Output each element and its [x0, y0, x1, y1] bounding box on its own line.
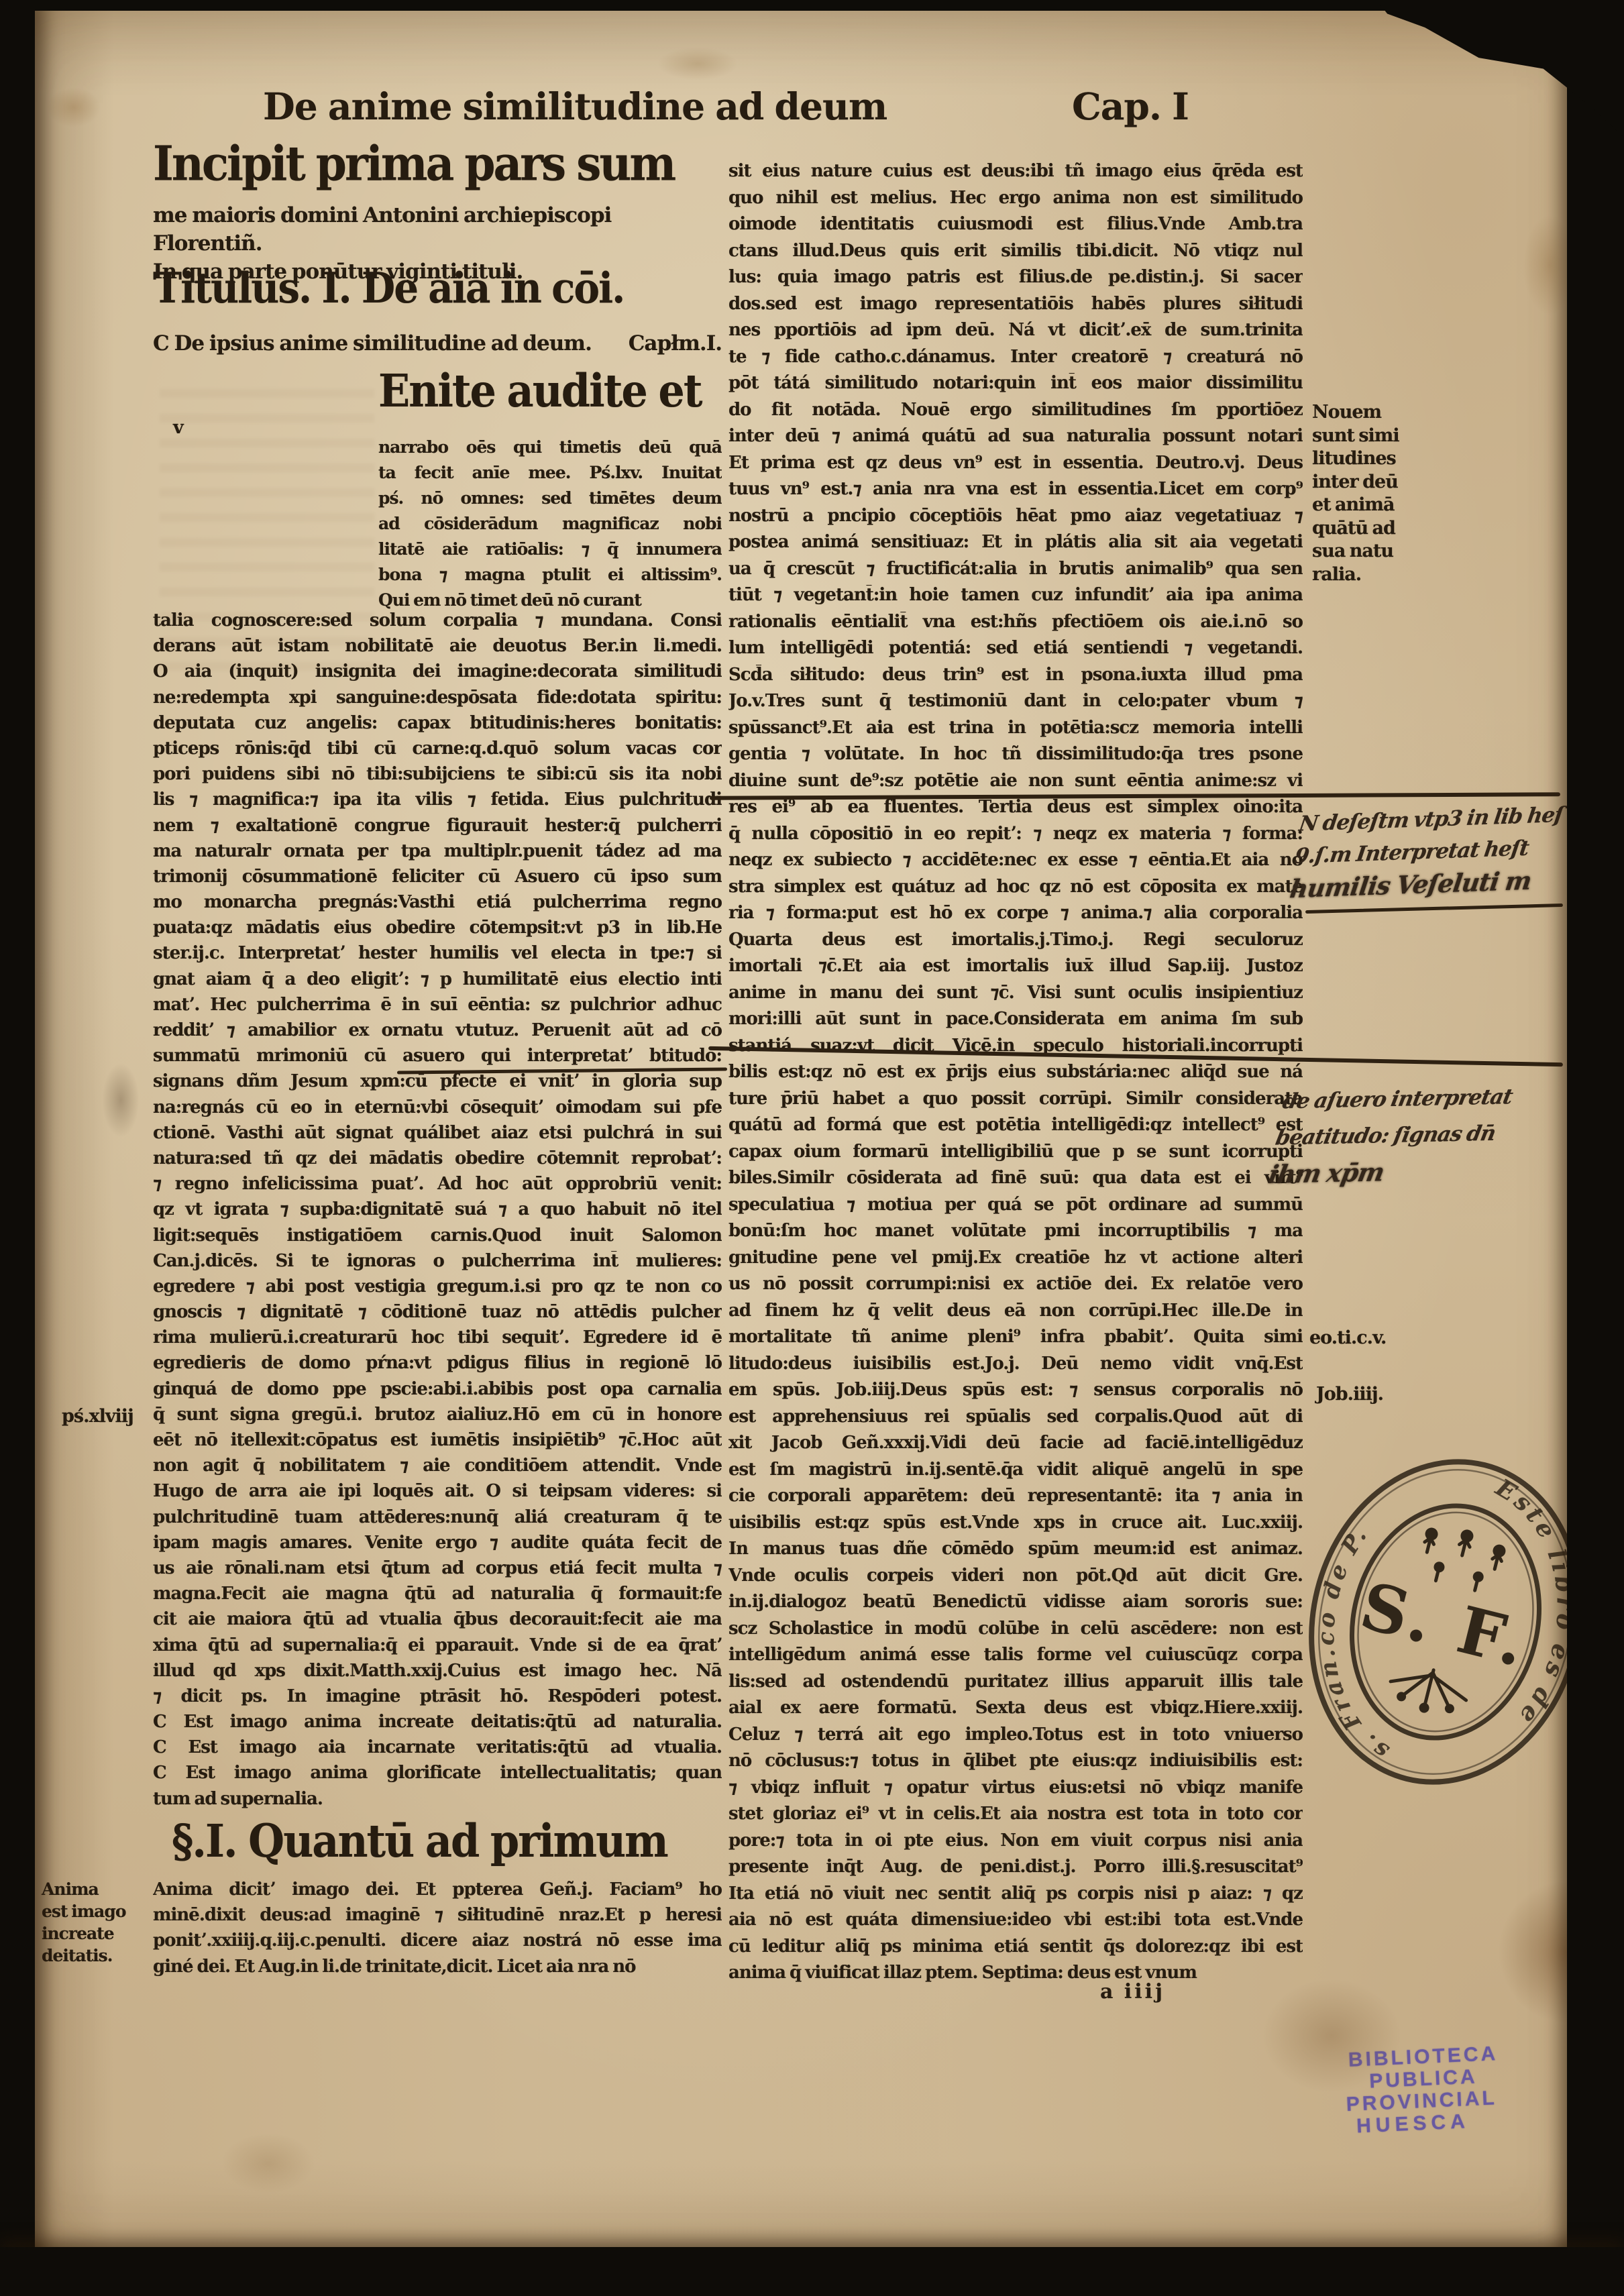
text-line: talia cognoscere:sed solum corpalia ⁊ mu…	[153, 610, 722, 636]
text-line: presente inq̄t Aug. de peni.dist.j. Porr…	[728, 1857, 1303, 1883]
text-line: ad finem hz q̄ velit deus eā non corrūpi…	[728, 1301, 1303, 1327]
text-line: ⁊ regno infelicissima puatʼ. Ad hoc aūt …	[153, 1174, 722, 1199]
text-line: rationalis eēntialit̄ vna est:hñs pfecti…	[728, 612, 1303, 639]
text-line: pś. nō omnes: sed timētes deum	[378, 488, 722, 514]
manuscript-underline-note	[1305, 904, 1563, 914]
text-line: narrabo oēs qui timetis deū quā	[378, 437, 722, 463]
text-line: pori puidens sibi nō tibi:subijciens te …	[153, 764, 722, 789]
scan-edge-left	[0, 0, 35, 2296]
titulus-heading: Titulus. I. De aia in cōi.	[153, 267, 723, 309]
text-line: ⁊ dicit ps. In imagine ptrāsit hō. Respō…	[153, 1686, 722, 1712]
scan-edge-right	[1567, 0, 1624, 2296]
running-header-chapter: Cap. I	[1072, 85, 1189, 128]
quire-signature: a iiij	[1100, 1980, 1165, 2004]
text-line: C Est imago anima increate deitatis:q̄tū…	[153, 1712, 722, 1737]
text-line: pticeps rōnis:q̄d tibi cū carne:q.d.quō …	[153, 739, 722, 764]
stamp-monogram: S. F.	[1354, 1568, 1537, 1682]
text-line: ma naturalr ornata per tpa multiplr.puen…	[153, 841, 722, 867]
text-line: ria ⁊ forma:put est hō ex corpe ⁊ anima.…	[728, 903, 1303, 930]
margin-note-line: deitatis.	[42, 1945, 126, 1967]
text-line: intelligēdum animá esse talis forme vel …	[728, 1645, 1303, 1672]
text-line: signans dñm Jesum xpm:cū pfecte ei vnitʼ…	[153, 1071, 722, 1097]
handwritten-note-lower: de aſuero interpretatbeatitudo: ſignas d…	[1266, 1079, 1516, 1193]
text-line: quátū ad formá que est potētia intelligē…	[728, 1115, 1303, 1142]
text-line: mo monarcha pregnás:Vasthi etiá pulcherr…	[153, 892, 722, 918]
text-line: pulchritudinē tuam attēderes:nunq̄ aliá …	[153, 1507, 722, 1533]
text-line: est apprehensiuus rei spūalis sed corpal…	[728, 1407, 1303, 1433]
text-line: lus: quia imago patris est filius.de pe.…	[728, 267, 1303, 294]
text-line: egredere ⁊ abi post vestigia gregum.i.si…	[153, 1276, 722, 1302]
margin-note-line: est imago	[42, 1900, 126, 1922]
margin-note-line: Nouem	[1312, 401, 1513, 425]
text-line: O aia (inquit) insignita dei imagine:dec…	[153, 661, 722, 687]
text-line: ad cōsiderādum magnificaz nobi	[378, 514, 722, 539]
text-line: anime in manu dei sunt ⁊c̄. Visi sunt oc…	[728, 983, 1303, 1009]
text-line: xit Jacob Geñ.xxxij.Vidi deū facie ad fa…	[728, 1433, 1303, 1460]
handwriting-line: beatitudo: ſignas dn̄	[1273, 1115, 1509, 1156]
margin-note-line: inter deū	[1312, 471, 1513, 494]
text-line: mori:illi aūt sunt in pace.Considerata e…	[728, 1009, 1303, 1036]
text-line: natura:sed tñ qz dei mādatis obedire cōt…	[153, 1148, 722, 1174]
text-line: Et prima est qz deus vn⁹ est in essentia…	[728, 453, 1303, 480]
text-line: non agit q̄ nobilitatem ⁊ aie conditiōem…	[153, 1456, 722, 1481]
text-line: matʼ. Hec pulcherrima ē in suī eēntia: s…	[153, 995, 722, 1020]
paper-stain	[1261, 1979, 1402, 2093]
margin-note-job: Job.iiij.	[1316, 1383, 1383, 1407]
text-line: anima q̄ viuificat illaz ptem. Septima: …	[728, 1963, 1303, 1989]
paper-stain	[221, 2133, 315, 2193]
text-line: eēt nō itellexit:cōpatus est iumētis ins…	[153, 1430, 722, 1456]
text-line: bona ⁊ magna ptulit ei altissim⁹.	[378, 565, 722, 590]
text-line: Anima dicitʼ imago dei. Et ppterea Geñ.j…	[153, 1879, 722, 1905]
text-line: egredieris de domo pŕna:vt pdigus filius…	[153, 1353, 722, 1378]
paper-stain	[47, 87, 101, 127]
text-line: ture p̄riū habet a quo possit corrūpi. S…	[728, 1089, 1303, 1115]
text-line: ua q̄ crescūt ⁊ fructificát:alia in brut…	[728, 559, 1303, 586]
opening-indented-block: narrabo oēs qui timetis deū quāta fecit …	[378, 437, 722, 616]
text-line: litudo:deus iuisibilis est.Jo.j. Deū nem…	[728, 1354, 1303, 1380]
text-line: lis ⁊ magnifica:⁊ ipa ita vilis ⁊ fetida…	[153, 789, 722, 815]
text-line: gnoscis ⁊ dignitatē ⁊ cōditionē tuaz nō …	[153, 1302, 722, 1327]
text-line: ponitʼ.xxiiij.q.iij.c.penulti. dicere ai…	[153, 1930, 722, 1956]
text-line: ster.ij.c. Interpretatʼ hester humilis v…	[153, 943, 722, 969]
margin-note-nouem: Nouemsunt similitudinesinter deūet animā…	[1312, 401, 1513, 586]
text-line: ligit:sequēs instigatiōem carnis.Quod in…	[153, 1225, 722, 1251]
left-column-section: Anima dicitʼ imago dei. Et ppterea Geñ.j…	[153, 1879, 722, 1982]
oval-ownership-stamp: Este libro es de s. Fran.co de P. S. F.	[1301, 1449, 1590, 1794]
text-line: est ſm magistrū in.ij.sentē.q̄a vidit al…	[728, 1460, 1303, 1486]
stamp-palm-ornament	[1386, 1661, 1472, 1720]
margin-note-line: sunt simi	[1312, 425, 1513, 448]
text-line: ipam magis amares. Venite ergo ⁊ audite …	[153, 1533, 722, 1558]
text-line: puata:qz mādatis eius obedire cōtempsit:…	[153, 918, 722, 943]
text-line: Quarta deus est imortalis.j.Timo.j. Regi…	[728, 930, 1303, 956]
text-line: tiūt ⁊ vegetant̄:in hoie tamen cuz infun…	[728, 585, 1303, 612]
margin-note-line: litudines	[1312, 447, 1513, 471]
margin-note-line: ralia.	[1312, 563, 1513, 587]
margin-note-psalm: pś.xlviij	[62, 1405, 133, 1429]
text-line: Scd̄a siłitudo: deus trin⁹ est in psona.…	[728, 665, 1303, 692]
chapter-rubric-text: C De ipsius anime similitudine ad deum.	[153, 331, 592, 356]
text-line: derans aūt istam nobilitatē aie deuotus …	[153, 636, 722, 661]
text-line: C Est imago anima glorificate intellectu…	[153, 1763, 722, 1788]
text-line: gnat aiam q̄ a deo eligitʼ: ⁊ p humilita…	[153, 969, 722, 995]
text-line: do fit notāda. Nouē ergo similitudines ſ…	[728, 400, 1303, 427]
text-line: redditʼ ⁊ amabilior ex ornatu vtutuz. Pe…	[153, 1020, 722, 1046]
text-line: us nō possit corrumpi:nisi ex actiōe dei…	[728, 1274, 1303, 1301]
text-line: te ⁊ fide catho.c.dánamus. Inter creator…	[728, 347, 1303, 374]
text-line: aia nō est quáta dimensiue:ideo vbi est:…	[728, 1910, 1303, 1936]
handwriting-line: de aſuero interpretat	[1279, 1079, 1515, 1119]
paper-stain	[657, 47, 738, 80]
text-line: Can.j.dicēs. Si te ignoras o pulcherrima…	[153, 1251, 722, 1276]
text-line: Hugo de arra aie ipi loquēs ait. O si te…	[153, 1481, 722, 1507]
text-line: aial ex aere formatū. Sexta deus est vbi…	[728, 1698, 1303, 1725]
section-heading: §.I. Quantū ad primum	[172, 1819, 723, 1864]
text-line: q̄ nulla cōpositiō in eo repitʼ: ⁊ neqz …	[728, 824, 1303, 851]
text-line: q̄ sunt signa gregū.i. brutoz aialiuz.Hō…	[153, 1405, 722, 1430]
text-line: in.ij.dialogoz beatū Benedictū vidisse a…	[728, 1592, 1303, 1619]
text-line: em spūs. Job.iiij.Deus spūs est: ⁊ sensu…	[728, 1380, 1303, 1407]
text-line: lum intelligēdi potentiá: sed etiá senti…	[728, 638, 1303, 665]
text-line: stra simplex est quátuz ad hoc qz nō est…	[728, 877, 1303, 904]
text-line: res ei⁹ ab ea fluentes. Tertia deus est …	[728, 797, 1303, 824]
text-line: lis:sed ad ostendendū puritatez illius a…	[728, 1672, 1303, 1698]
text-line: cie corporali apparētem: deū representan…	[728, 1486, 1303, 1513]
text-line: oimode identitatis cuiusmodi est filius.…	[728, 214, 1303, 241]
text-line: dos.sed est imago representatiōis habēs …	[728, 294, 1303, 321]
margin-note-line: increate	[42, 1922, 126, 1945]
text-line: litatē aie ratiōalis: ⁊ q̄ innumera	[378, 539, 722, 565]
text-line: gnitudine pene vel pmij.Ex creatiōe hz v…	[728, 1248, 1303, 1274]
text-line: pōt tátá similitudo notari:quin int̄ eos…	[728, 373, 1303, 400]
text-line: bonū:ſm hoc manet volūtate pmi incorrupt…	[728, 1221, 1303, 1248]
text-line: xima q̄tū ad supernalia:q̄ ei pparauit. …	[153, 1635, 722, 1661]
text-line: biles.Similr cōsiderata ad finē suū: qua…	[728, 1168, 1303, 1195]
text-line: cū leditur aliq̄ ps minima etiá sentit q…	[728, 1936, 1303, 1963]
text-line: ctionē. Vasthi aūt signat quálibet aiaz …	[153, 1123, 722, 1148]
text-line: ginquá de domo ppe pscie:abi.i.abibis po…	[153, 1379, 722, 1405]
chapter-rubric-ref: Capłm.I.	[629, 331, 722, 356]
text-line: In manus tuas dñe cōmēdo spūm meum:id es…	[728, 1539, 1303, 1566]
text-line: summatū mrimoniū cū asuero qui interpret…	[153, 1046, 722, 1071]
margin-note-line: sua natu	[1312, 540, 1513, 563]
margin-note-line: Anima	[42, 1878, 126, 1900]
right-column-body: sit eius nature cuius est deus:ibi tñ im…	[728, 161, 1303, 1989]
text-line: nes pportiōis ad ipm deū. Ná vt dicitʼ.e…	[728, 320, 1303, 347]
text-line: neqz ex subiecto ⁊ accidēte:nec ex esse …	[728, 850, 1303, 877]
text-line: stet gloriaz ei⁹ vt in celis.Et aia nost…	[728, 1804, 1303, 1830]
text-line: ⁊ vbiqz influit ⁊ opatur virtus eius:ets…	[728, 1778, 1303, 1804]
text-line: quo nihil est melius. Hec ergo anima non…	[728, 188, 1303, 215]
text-line: gentia ⁊ volūtate. In hoc tñ dissimilitu…	[728, 744, 1303, 771]
text-line: minē.dixit deus:ad imaginē ⁊ siłitudinē …	[153, 1905, 722, 1930]
text-line: rima mulierū.i.creaturarū hoc tibi sequi…	[153, 1327, 722, 1353]
text-line: sit eius nature cuius est deus:ibi tñ im…	[728, 161, 1303, 188]
text-line: illud qd xps dixit.Matth.xxij.Cuius est …	[153, 1661, 722, 1686]
text-line: spūssanct⁹.Et aia est trina in potētia:s…	[728, 718, 1303, 745]
text-line: inter deū ⁊ animá quátū ad sua naturalia…	[728, 426, 1303, 453]
text-line: C Est imago aia incarnate veritatis:q̄tū…	[153, 1737, 722, 1763]
book-page: De anime similitudine ad deum Cap. I Inc…	[0, 0, 1624, 2296]
paper-stain	[101, 1060, 141, 1140]
text-line: Jo.v.Tres sunt q̄ testimoniū dant in cel…	[728, 691, 1303, 718]
text-line: Ita etiá nō viuit nec sentit aliq̄ ps co…	[728, 1883, 1303, 1910]
text-line: diuine sunt de⁹:sz potētie aie non sunt …	[728, 771, 1303, 798]
text-line: ctans illud.Deus quis erit similis tibi.…	[728, 241, 1303, 268]
text-line: pore:⁊ tota in oi pte eius. Non em viuit…	[728, 1830, 1303, 1857]
margin-note-line: quātū ad	[1312, 517, 1513, 541]
text-line: Celuz ⁊ terrá ait ego impleo.Totus est i…	[728, 1725, 1303, 1751]
text-line: tum ad supernalia.	[153, 1789, 722, 1814]
text-line: giné dei. Et Aug.in li.de trinitate,dici…	[153, 1957, 722, 1982]
scan-edge-bottom	[0, 2247, 1624, 2296]
margin-note-line: et animā	[1312, 494, 1513, 517]
scan-backdrop: De anime similitudine ad deum Cap. I Inc…	[0, 0, 1624, 2296]
text-line: capax oium formarū intelligibiliū que p …	[728, 1142, 1303, 1168]
text-line: mortalitate tñ anime pleni⁹ infra pbabit…	[728, 1327, 1303, 1354]
text-line: ta fecit anīe mee. Pś.lxv. Inuitat	[378, 463, 722, 488]
text-line: nostrū a pncipio cōceptiōis hēat pmo aia…	[728, 506, 1303, 533]
text-line: cit aie maiora q̄tū ad vtualia q̄bus dec…	[153, 1609, 722, 1635]
text-line: qz vt igrata ⁊ supba:dignitatē suá ⁊ a q…	[153, 1199, 722, 1225]
text-line: speculatiua ⁊ motiua per quá se pōt ordi…	[728, 1195, 1303, 1221]
left-column-body: talia cognoscere:sed solum corpalia ⁊ mu…	[153, 610, 722, 1814]
text-line: magna.Fecit aie magna q̄tū ad naturalia …	[153, 1584, 722, 1609]
handwritten-note-upper: N deſeſtm vtp3 in lib heſ9.ſ.m Interpret…	[1288, 799, 1565, 906]
running-header-title: De anime similitudine ad deum	[263, 85, 887, 128]
text-line: imortali ⁊c̄.Et aia est imortalis iux̄ i…	[728, 956, 1303, 983]
margin-note-anima: Animaest imagoincreatedeitatis.	[42, 1878, 126, 1967]
handwriting-line: ihm xp̄m	[1266, 1152, 1502, 1193]
initial-guide-letter: v	[173, 417, 183, 438]
margin-note-eo: eo.ti.c.v.	[1309, 1327, 1386, 1350]
incipit-subtitle-line: me maioris domini Antonini archiepiscopi…	[153, 201, 723, 258]
text-line: na:regnás cū eo in eternū:vbi cōsequitʼ …	[153, 1097, 722, 1123]
text-line: uisibilis est:qz spūs est.Vnde xps in cr…	[728, 1513, 1303, 1539]
incipit-heading: Incipit prima pars sum	[153, 140, 723, 187]
text-line: deputata cuz angelis: capax btitudinis:h…	[153, 713, 722, 739]
text-line: tuus vn⁹ est.⁊ ania nra vna est in essen…	[728, 479, 1303, 506]
text-line: nō cōclusus:⁊ totus in q̄libet pte eius:…	[728, 1751, 1303, 1778]
text-line: bilis est:qz nō est ex p̄rijs eius subst…	[728, 1062, 1303, 1089]
text-line: ne:redempta xpi sanguine:despōsata fide:…	[153, 688, 722, 713]
text-line: scz Scholastice in modū colūbe in celū a…	[728, 1619, 1303, 1645]
text-line: Vnde oculis corpeis videri non pōt.Qd aū…	[728, 1566, 1303, 1592]
text-line: postea animá sensitiuaz: Et in plátis al…	[728, 532, 1303, 559]
text-line: us aie rōnali.nam etsi q̄tum ad corpus e…	[153, 1558, 722, 1584]
opening-words: Enite audite et	[378, 369, 723, 414]
text-line: trimonij cōsummationē feliciter cū Asuer…	[153, 867, 722, 892]
chapter-rubric: C De ipsius anime similitudine ad deum. …	[153, 331, 722, 356]
text-line: nem ⁊ exaltationē congrue figurauit hest…	[153, 816, 722, 841]
